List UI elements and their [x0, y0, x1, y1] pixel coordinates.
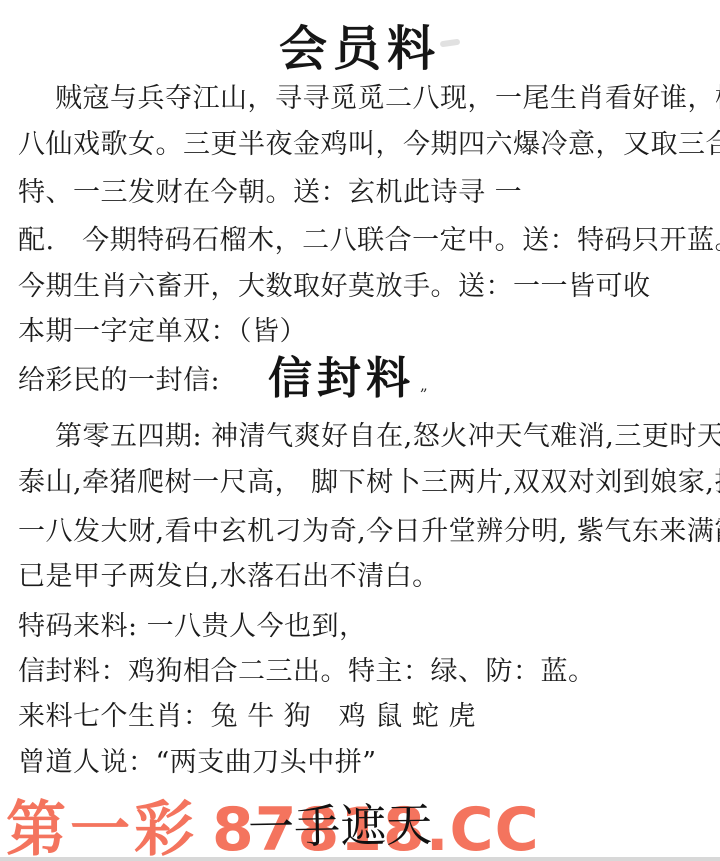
- member-line: 贼寇与兵夺江山，寻寻觅觅二八现，一尾生肖看好谁，桃谷: [18, 76, 720, 115]
- member-line: 特、一三发财在今朝。送：玄机此诗寻 一: [18, 170, 522, 209]
- envelope-section-title: 信封料: [268, 342, 415, 406]
- envelope-line: 泰山,牵猪爬树一尺高， 脚下树卜三两片,双双对刘到娘家,找得: [18, 460, 720, 499]
- envelope-line: 已是甲子两发白,水落石出不清白。: [18, 554, 440, 593]
- member-section-title: 会员料: [0, 10, 720, 79]
- letter-to-punters-label: 给彩民的一封信:: [18, 358, 220, 397]
- envelope-line: 一八发大财,看中玄机刁为奇,今日升堂辨分明, 紫气东来满霞光,: [18, 509, 720, 548]
- special-code-tip-line: 特码来料: 一八贵人今也到，: [18, 604, 367, 643]
- watermark-brand: 第一彩: [6, 795, 198, 861]
- envelope-tip-line: 信封料：鸡狗相合二三出。特主：绿、防：蓝。: [18, 649, 596, 688]
- member-line: 配. 今期特码石榴木，二八联合一定中。送：特码只开蓝。: [18, 218, 720, 257]
- stray-ink-mark: „: [420, 376, 428, 394]
- member-line: 本期一字定单双：（皆）: [18, 309, 307, 348]
- member-line: 八仙戏歌女。三更半夜金鸡叫，今期四六爆冷意，又取三合定中: [18, 122, 720, 161]
- handwritten-overlay-text: 一手遮天: [247, 788, 432, 857]
- zodiac-list-line: 来料七个生肖：兔 牛 狗 鸡 鼠 蛇 虎: [18, 694, 476, 733]
- scanned-lottery-tip-sheet: 会员料 贼寇与兵夺江山，寻寻觅觅二八现，一尾生肖看好谁，桃谷 八仙戏歌女。三更半…: [0, 0, 720, 861]
- quote-line: 曾道人说：“两支曲刀头中拼”: [18, 740, 377, 779]
- member-line: 今期生肖六畜开，大数取好莫放手。送：一一皆可收: [18, 264, 651, 303]
- envelope-line: 第零五四期: 神清气爽好自在,怒火冲天气难消,三更时天登: [18, 414, 720, 453]
- scan-edge-strip: [0, 857, 720, 861]
